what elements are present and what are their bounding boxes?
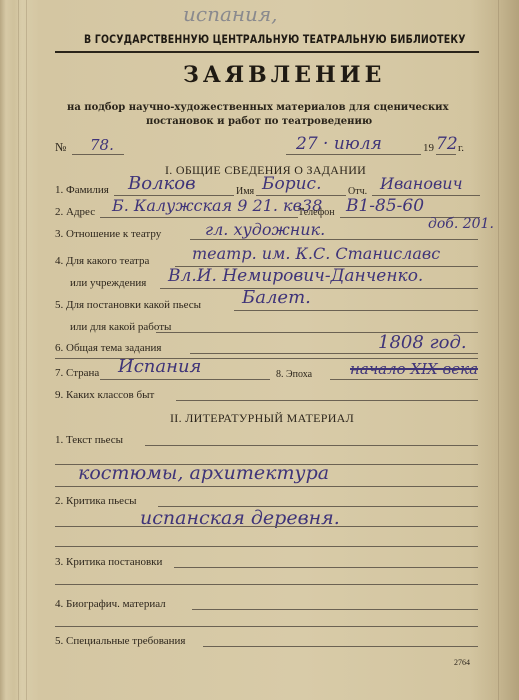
text-label: 1. Текст пьесы: [55, 434, 123, 446]
relation-line: [190, 239, 478, 240]
year-field-line: [436, 154, 456, 155]
address-label: 2. Адрес: [55, 206, 95, 218]
phone-label: Телефон: [298, 207, 335, 218]
section-2-heading: II. ЛИТЕРАТУРНЫЙ МАТЕРИАЛ: [170, 411, 354, 426]
special-label: 5. Специальные требования: [55, 635, 185, 647]
theatre-label: 4. Для какого театра: [55, 255, 149, 267]
header-rule: [55, 51, 479, 53]
text-value[interactable]: костюмы, архитектура: [78, 462, 329, 484]
address-line: [100, 217, 298, 218]
year-end: г.: [458, 142, 464, 154]
addressee-line: В ГОСУДАРСТВЕННУЮ ЦЕНТРАЛЬНУЮ ТЕАТРАЛЬНУ…: [84, 32, 466, 46]
country-value[interactable]: Испания: [118, 356, 201, 377]
phone-ext[interactable]: доб. 201.: [428, 216, 494, 232]
relation-label: 3. Отношение к театру: [55, 228, 161, 240]
page-edge-crease: [18, 0, 19, 700]
year-prefix: 19: [423, 142, 434, 154]
class-line: [176, 400, 478, 401]
patronymic-value[interactable]: Иванович: [380, 174, 463, 193]
text-line-3: [55, 486, 478, 487]
criticism-play-label: 2. Критика пьесы: [55, 495, 137, 507]
page-edge-crease: [26, 0, 27, 700]
play-value[interactable]: Балет.: [242, 287, 311, 308]
criticism-play-line-3: [55, 546, 478, 547]
surname-value[interactable]: Волков: [128, 173, 196, 194]
number-value[interactable]: 78.: [90, 136, 114, 154]
biography-label: 4. Биографич. материал: [55, 598, 166, 610]
relation-value[interactable]: гл. художник.: [205, 220, 325, 239]
pencil-note: испания,: [183, 2, 278, 26]
institution-label: или учреждения: [70, 277, 146, 289]
application-form-page: испания, В ГОСУДАРСТВЕННУЮ ЦЕНТРАЛЬНУЮ Т…: [0, 0, 519, 700]
country-line: [100, 379, 270, 380]
class-label: 9. Каких классов быт: [55, 389, 154, 401]
phone-value[interactable]: В1-85-60: [346, 196, 424, 216]
form-subtitle-line2: постановок и работ по театроведению: [146, 116, 372, 127]
theme-line: [190, 353, 478, 354]
biography-line-2: [55, 626, 478, 627]
address-value[interactable]: Б. Калужская 9 21. кв38: [112, 196, 322, 215]
epoch-label: 8. Эпоха: [276, 369, 312, 380]
surname-label: 1. Фамилия: [55, 184, 109, 196]
name-value[interactable]: Борис.: [262, 174, 321, 194]
number-field-line: [72, 154, 124, 155]
theatre-value[interactable]: театр. им. К.С. Станиславс: [192, 244, 440, 263]
epoch-value-new[interactable]: 1808 год.: [378, 332, 467, 353]
biography-line-1: [192, 609, 478, 610]
criticism-staging-line-1: [174, 567, 478, 568]
epoch-line: [330, 379, 478, 380]
special-line: [203, 646, 478, 647]
institution-line: [160, 288, 478, 289]
text-line-1: [145, 445, 478, 446]
epoch-value-struck[interactable]: начало XIX века: [350, 360, 478, 378]
country-label: 7. Страна: [55, 367, 99, 379]
year-suffix[interactable]: 72: [436, 134, 458, 154]
play-line: [234, 310, 478, 311]
institution-value[interactable]: Вл.И. Немирович-Данченко.: [168, 266, 423, 286]
number-label: №: [55, 140, 66, 155]
criticism-staging-label: 3. Критика постановки: [55, 556, 162, 568]
form-code: 2764: [454, 658, 470, 667]
form-subtitle-line1: на подбор научно-художественных материал…: [67, 102, 449, 113]
play-label: 5. Для постановки какой пьесы: [55, 299, 201, 311]
date-field-line: [286, 154, 421, 155]
page-edge-crease: [498, 0, 499, 700]
criticism-staging-line-2: [55, 584, 478, 585]
date-day-month[interactable]: 27 · июля: [296, 134, 382, 154]
form-title: ЗАЯВЛЕНИЕ: [183, 62, 385, 88]
theme-label: 6. Общая тема задания: [55, 342, 161, 354]
criticism-play-line-2: [55, 526, 478, 527]
